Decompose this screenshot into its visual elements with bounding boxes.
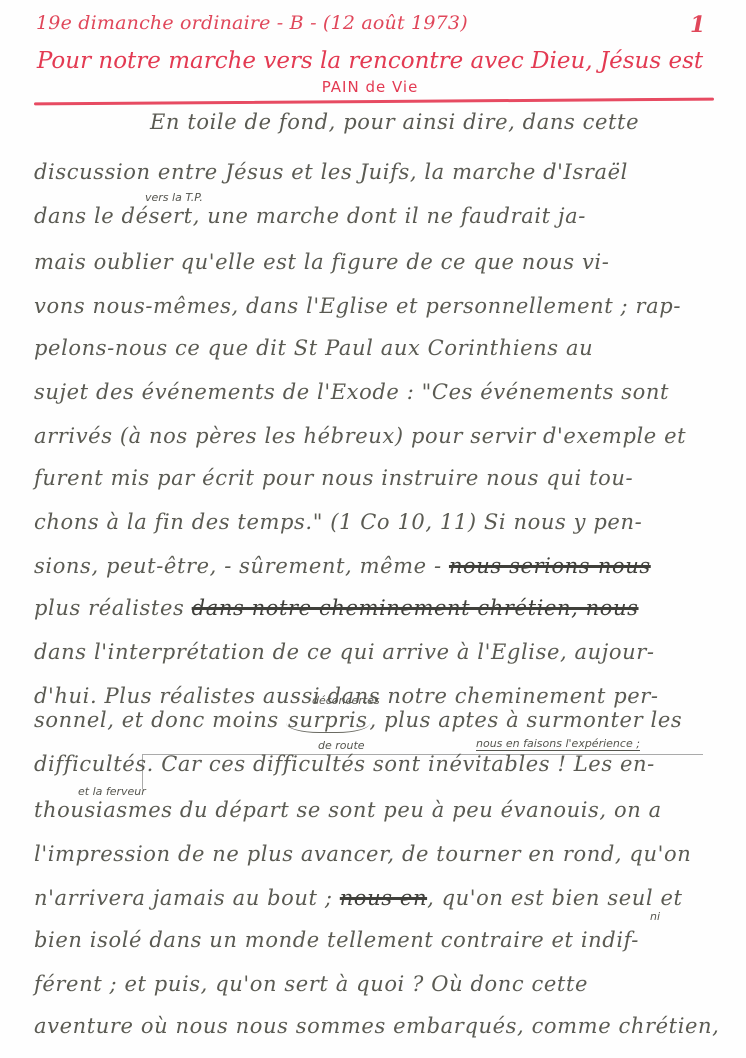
body-line: furent mis par écrit pour nous instruire…: [34, 466, 724, 490]
body-line: En toile de fond, pour ainsi dire, dans …: [150, 110, 746, 134]
insertion-annotation: vers la T.P.: [145, 191, 203, 204]
sermon-header: 19e dimanche ordinaire - B - (12 août 19…: [36, 12, 468, 34]
body-text: Car ces difficultés: [161, 752, 365, 776]
body-line: sions, peut-être, - sûrement, même - nou…: [34, 554, 724, 578]
body-line: férent ; et puis, qu'on sert à quoi ? Où…: [34, 972, 724, 996]
body-line: sujet des événements de l'Exode : "Ces é…: [34, 380, 724, 404]
insertion-annotation: nous en faisons l'expérience ;: [476, 737, 640, 751]
body-text: n'arrivera jamais au bout ;: [34, 886, 333, 910]
body-line: thousiasmes du départ se sont peu à peu …: [34, 798, 724, 822]
body-line: sonnel, et donc moins surpris, plus apte…: [34, 708, 724, 732]
struck-text: nous en: [340, 886, 427, 910]
body-line: l'impression de ne plus avancer, de tour…: [34, 842, 724, 866]
insertion-annotation: et la ferveur: [78, 785, 146, 798]
insertion-annotation: déconcertés: [312, 694, 380, 707]
replaced-word: surpris: [286, 708, 370, 733]
body-line: vons nous-mêmes, dans l'Eglise et person…: [34, 294, 724, 318]
sermon-subtitle: PAIN de Vie: [30, 78, 710, 96]
body-text: sont inévitables ! Les en-: [373, 752, 655, 776]
body-text: sonnel, et donc moins: [34, 708, 279, 732]
struck-text: nous serions-nous: [449, 554, 651, 578]
body-line: dans le désert, une marche dont il ne fa…: [34, 204, 724, 228]
manuscript-page: 19e dimanche ordinaire - B - (12 août 19…: [0, 0, 746, 1058]
struck-text: dans notre cheminement chrétien, nous: [192, 596, 639, 620]
body-text: plus réalistes: [34, 596, 184, 620]
body-text: difficultés.: [34, 752, 154, 776]
body-line: bien isolé dans un monde tellement contr…: [34, 928, 724, 952]
body-line: mais oublier qu'elle est la figure de ce…: [34, 250, 724, 274]
body-text: du départ se sont peu à peu évanouis, on…: [180, 798, 662, 822]
body-text: , qu'on est bien seul et: [427, 886, 682, 910]
insertion-annotation: ni: [650, 910, 660, 923]
body-line: dans l'interprétation de ce qui arrive à…: [34, 640, 724, 664]
body-line: aventure où nous nous sommes embarqués, …: [34, 1014, 724, 1038]
body-line: difficultés. Car ces difficultés sont in…: [34, 752, 724, 776]
body-text: sions, peut-être, - sûrement, même -: [34, 554, 442, 578]
body-line: discussion entre Jésus et les Juifs, la …: [34, 160, 724, 184]
body-line: arrivés (à nos pères les hébreux) pour s…: [34, 424, 724, 448]
body-line: n'arrivera jamais au bout ; nous en, qu'…: [34, 886, 724, 910]
body-line: chons à la fin des temps." (1 Co 10, 11)…: [34, 510, 724, 534]
title-underline: [34, 98, 714, 106]
body-text: thousiasmes: [34, 798, 173, 822]
body-line: plus réalistes dans notre cheminement ch…: [34, 596, 724, 620]
body-line: pelons-nous ce que dit St Paul aux Corin…: [34, 336, 724, 360]
insertion-annotation: de route: [318, 739, 365, 752]
body-text: , plus aptes à surmonter les: [370, 708, 683, 732]
page-number: 1: [690, 12, 705, 38]
sermon-title: Pour notre marche vers la rencontre avec…: [30, 48, 710, 74]
